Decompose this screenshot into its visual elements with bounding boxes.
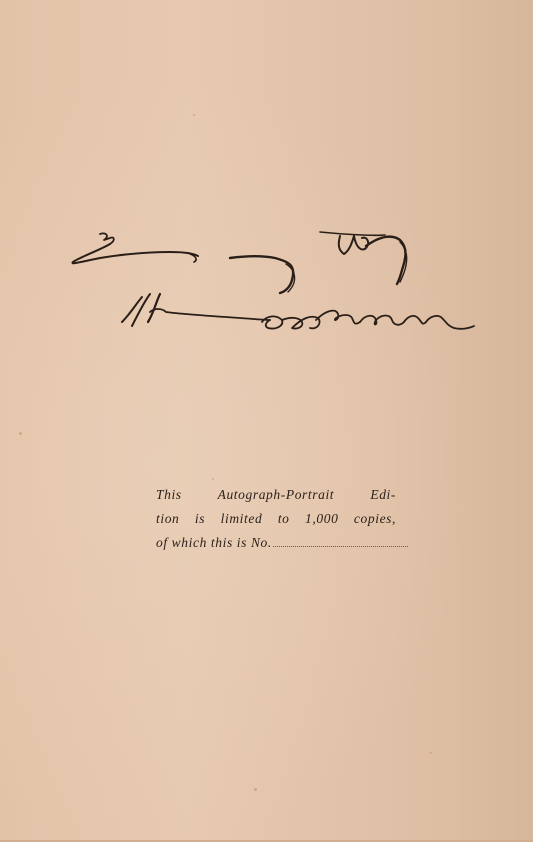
limitation-line-1: This Autograph-Portrait Edi-: [156, 483, 396, 507]
paper-speck: [212, 478, 214, 480]
limitation-notice: This Autograph-Portrait Edi- tion is lim…: [156, 483, 396, 555]
paper-speck: [254, 788, 257, 791]
limitation-line-2: tion is limited to 1,000 copies,: [156, 507, 396, 531]
limitation-line-3: of which this is No.: [156, 531, 396, 555]
paper-speck: [430, 752, 432, 754]
handwritten-signature: [70, 222, 480, 337]
paper-speck: [19, 432, 22, 435]
signature-ink-icon: [70, 222, 480, 337]
book-page: This Autograph-Portrait Edi- tion is lim…: [0, 0, 533, 842]
copy-number-blank: [273, 536, 408, 547]
paper-speck: [193, 114, 195, 116]
limitation-line-3-text: of which this is No.: [156, 535, 272, 550]
